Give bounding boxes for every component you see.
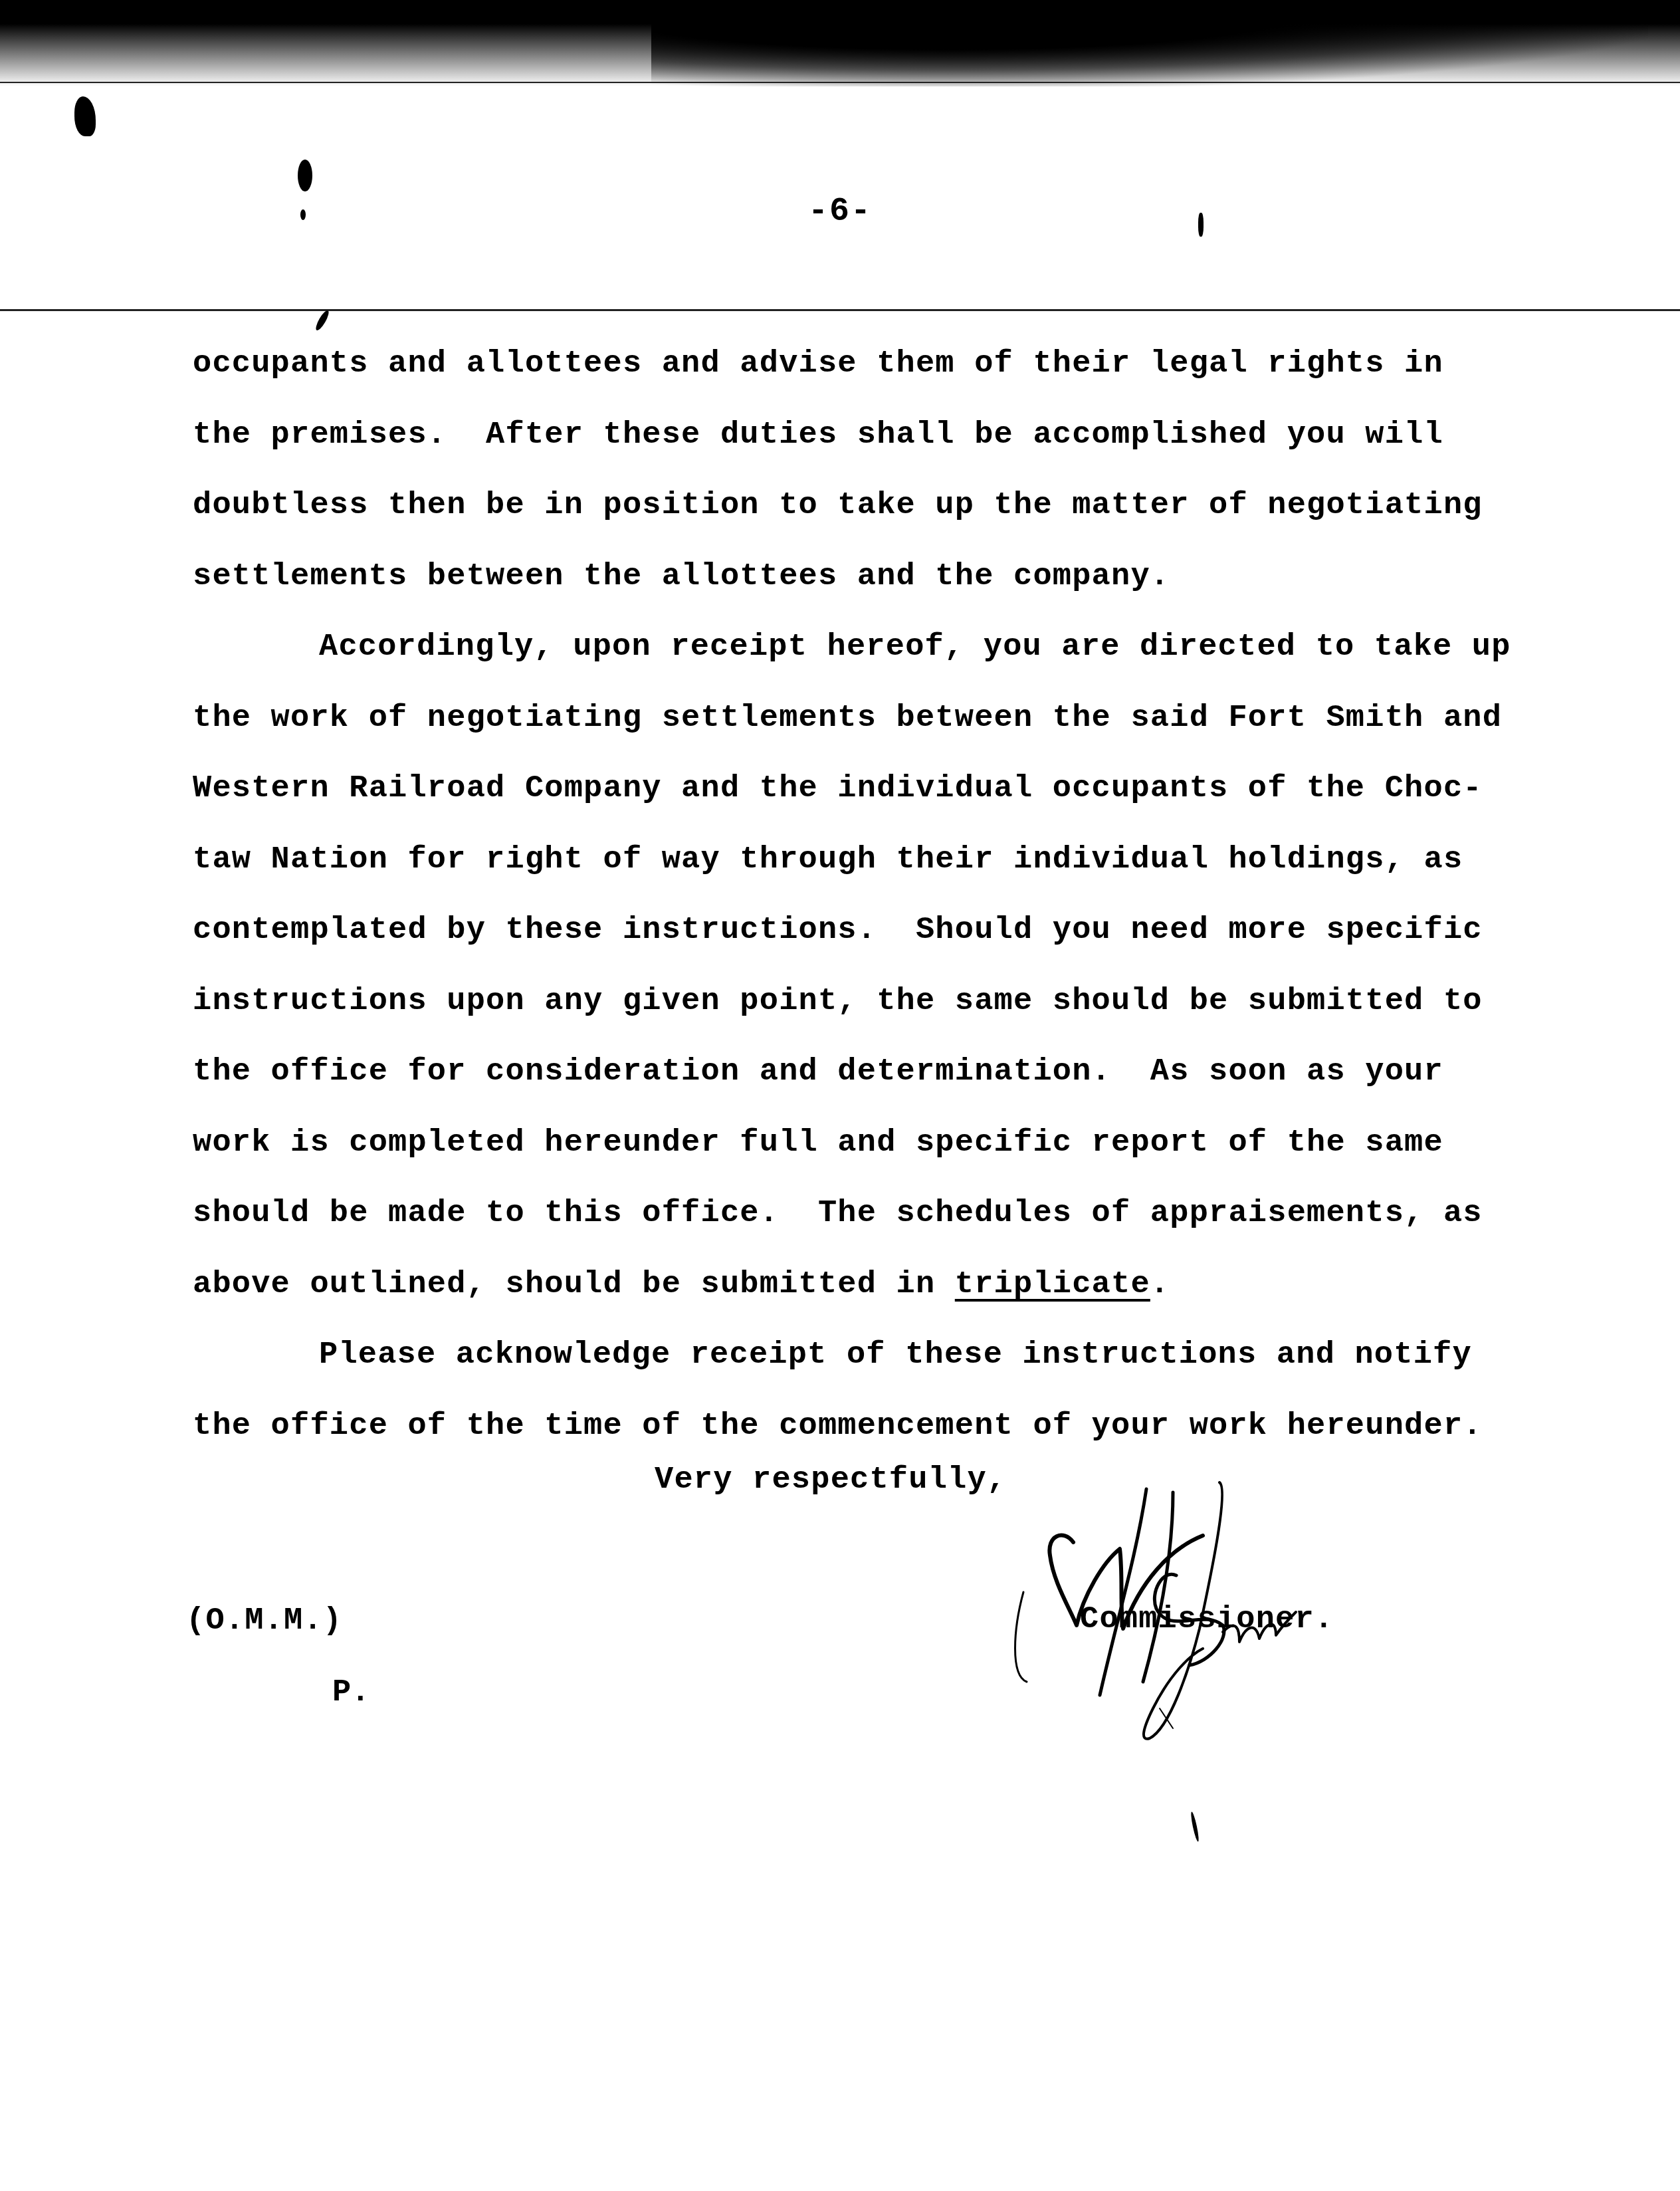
body-line: occupants and allottees and advise them … [193,329,1641,400]
closing-salutation: Very respectfully, [655,1462,1006,1498]
body-line: the office for consideration and determi… [193,1037,1641,1108]
underlined-word: triplicate [955,1267,1150,1302]
page-number: -6- [0,193,1680,231]
document-page: -6- occupants and allottees and advise t… [0,0,1680,2191]
body-line: the work of negotiating settlements betw… [193,683,1641,754]
body-line: the office of the time of the commenceme… [193,1391,1641,1462]
scan-line [0,309,1680,311]
body-line: instructions upon any given point, the s… [193,967,1641,1038]
ink-blot [74,96,96,136]
scan-line [0,82,1680,83]
body-line: Please acknowledge receipt of these inst… [193,1320,1641,1391]
body-line: settlements between the allottees and th… [193,542,1641,613]
body-line: the premises. After these duties shall b… [193,400,1641,471]
letter-body: occupants and allottees and advise them … [193,329,1641,1462]
body-line: work is completed hereunder full and spe… [193,1108,1641,1179]
body-line-text: above outlined, should be submitted in [193,1267,955,1302]
scanner-shadow-dip [651,13,1648,86]
body-line: Western Railroad Company and the individ… [193,754,1641,825]
body-line: contemplated by these instructions. Shou… [193,895,1641,967]
body-line: above outlined, should be submitted in t… [193,1250,1641,1321]
ink-blot [298,160,312,191]
body-line: doubtless then be in position to take up… [193,471,1641,542]
signer-title: Commissioner. [1080,1602,1334,1637]
ink-speck [1190,1811,1200,1842]
typist-initial: P. [332,1675,369,1710]
dictator-initials: (O.M.M.) [186,1603,342,1639]
line-end-punctuation: . [1150,1267,1170,1302]
body-line: taw Nation for right of way through thei… [193,825,1641,896]
body-line: Accordingly, upon receipt hereof, you ar… [193,612,1641,683]
body-line: should be made to this office. The sched… [193,1179,1641,1250]
